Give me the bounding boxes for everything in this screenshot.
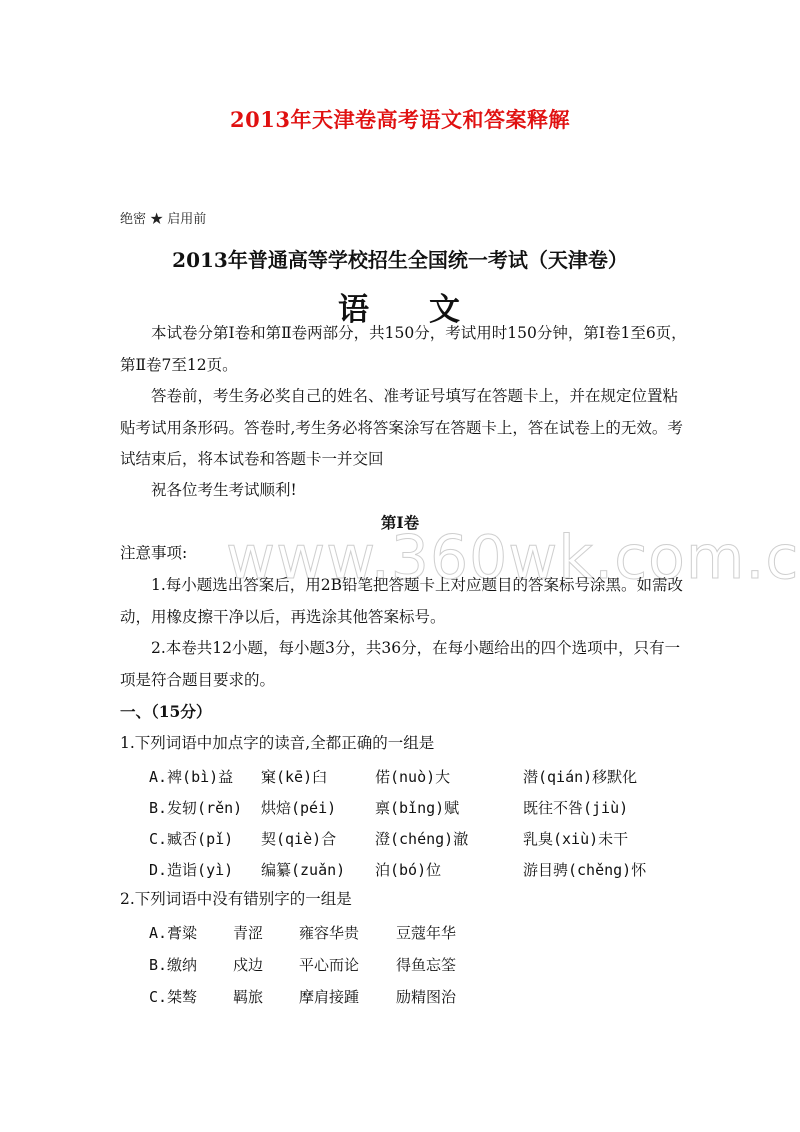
option-cell: 游目骋(chěng)怀 <box>523 859 646 880</box>
document-title: 2013年天津卷高考语文和答案释解 <box>0 104 800 134</box>
note-2: 2.本卷共12小题，每小题3分，共36分，在每小题给出的四个选项中，只有一项是符… <box>120 633 690 696</box>
option-cell: 豆蔻年华 <box>396 922 456 943</box>
option-cell: 雍容华贵 <box>299 922 359 943</box>
notes-label: 注意事项: <box>120 538 690 570</box>
option-cell: 平心而论 <box>299 954 359 975</box>
option-cell: 禀(bǐng)赋 <box>375 797 459 818</box>
option-cell: B.发轫(rěn) <box>149 797 242 818</box>
option-cell: C.桀骜 <box>149 986 197 1007</box>
part-one-heading: 一、（15分） <box>120 696 690 728</box>
intro-paragraph-1: 本试卷分第Ⅰ卷和第Ⅱ卷两部分，共150分，考试用时150分钟，第Ⅰ卷1至6页，第… <box>120 318 690 381</box>
option-cell: 契(qiè)合 <box>261 828 336 849</box>
option-cell: 得鱼忘筌 <box>396 954 456 975</box>
option-cell: 青涩 <box>233 922 263 943</box>
option-cell: B.缴纳 <box>149 954 197 975</box>
option-cell: 窠(kē)臼 <box>261 766 327 787</box>
option-cell: 泊(bó)位 <box>375 859 441 880</box>
option-cell: 戍边 <box>233 954 263 975</box>
option-cell: 乳臭(xiù)未干 <box>523 828 628 849</box>
option-cell: 烘焙(péi) <box>261 797 336 818</box>
question-1-stem: 1.下列词语中加点字的读音,全都正确的一组是 <box>120 728 690 760</box>
option-cell: 羁旅 <box>233 986 263 1007</box>
option-cell: 潜(qián)移默化 <box>523 766 637 787</box>
option-cell: A.膏粱 <box>149 922 197 943</box>
section-title: 第Ⅰ卷 <box>0 511 800 533</box>
option-cell: A.裨(bì)益 <box>149 766 233 787</box>
option-cell: C.臧否(pǐ) <box>149 828 233 849</box>
option-cell: 摩肩接踵 <box>299 986 359 1007</box>
intro-paragraph-3: 祝各位考生考试顺利! <box>120 475 690 507</box>
option-cell: 偌(nuò)大 <box>375 766 450 787</box>
option-cell: 既往不咎(jiù) <box>523 797 628 818</box>
secret-label: 绝密 ★ 启用前 <box>120 208 206 227</box>
option-cell: 澄(chéng)澈 <box>375 828 468 849</box>
note-1: 1.每小题选出答案后，用2B铅笔把答题卡上对应题目的答案标号涂黑。如需改动，用橡… <box>120 570 690 633</box>
exam-title: 2013年普通高等学校招生全国统一考试（天津卷） <box>0 244 800 273</box>
intro-paragraph-2: 答卷前，考生务必奖自己的姓名、准考证号填写在答题卡上，并在规定位置粘贴考试用条形… <box>120 381 690 476</box>
option-cell: 编纂(zuǎn) <box>261 859 345 880</box>
option-cell: D.造诣(yì) <box>149 859 233 880</box>
question-2-stem: 2.下列词语中没有错别字的一组是 <box>120 884 690 916</box>
option-cell: 励精图治 <box>396 986 456 1007</box>
